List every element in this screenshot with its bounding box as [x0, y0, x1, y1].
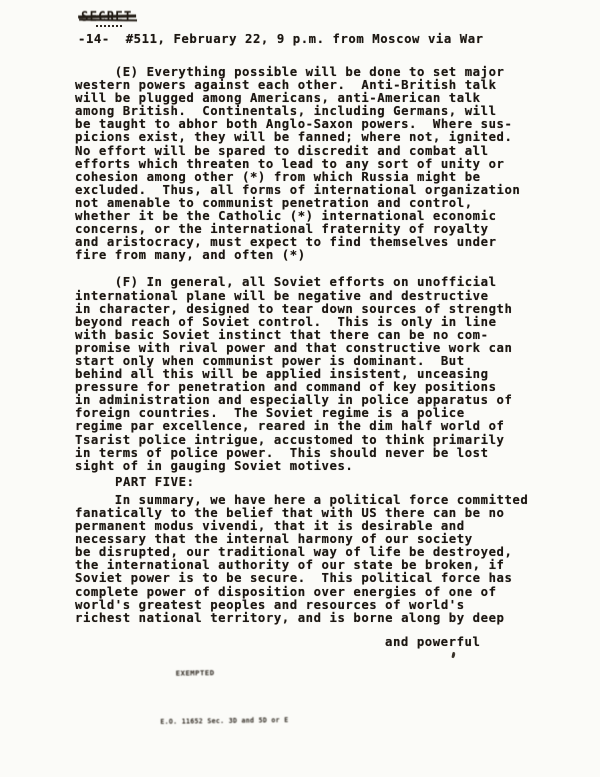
classification-stamp: SECRET	[81, 10, 132, 25]
text-line: picions exist, they will be fanned; wher…	[75, 131, 547, 144]
text-line: richest national territory, and is borne…	[75, 612, 547, 625]
paragraph-f: (F) In general, all Soviet efforts on un…	[75, 276, 547, 472]
section-heading: PART FIVE:	[75, 476, 547, 489]
text-line: Tsarist police intrigue, accustomed to t…	[75, 434, 547, 447]
text-line: efforts which threaten to lead to any so…	[75, 158, 547, 171]
text-line: regime par excellence, reared in the dim…	[75, 420, 547, 433]
text-line: No effort will be spared to discredit an…	[75, 145, 547, 158]
text-line: Soviet power is to be secure. This polit…	[75, 572, 547, 585]
declassification-stamp: EXEMPTED E.O. 11652 Sec. 3D and 5D or E	[159, 629, 289, 764]
text-line: excluded. Thus, all forms of internation…	[75, 184, 547, 197]
telegram-body: (E) Everything possible will be done to …	[75, 66, 547, 625]
text-line: sight of in gauging Soviet motives.	[75, 460, 547, 473]
summary-paragraph: In summary, we have here a political for…	[75, 494, 547, 625]
text-line: world's greatest peoples and resources o…	[75, 599, 547, 612]
declassification-stamp-line2: E.O. 11652 Sec. 3D and 5D or E	[160, 716, 288, 726]
text-line: international plane will be negative and…	[75, 290, 547, 303]
text-line: in terms of police power. This should ne…	[75, 447, 547, 460]
paragraph-e: (E) Everything possible will be done to …	[75, 66, 547, 262]
document-page: SECRET -14- #511, February 22, 9 p.m. fr…	[0, 0, 600, 777]
ink-speck	[451, 652, 455, 658]
text-line: beyond reach of Soviet control. This is …	[75, 316, 547, 329]
text-line: promise with rival power and that constr…	[75, 342, 547, 355]
stamp-underline-mark	[96, 25, 122, 27]
page-header-line: -14- #511, February 22, 9 p.m. from Mosc…	[78, 33, 484, 46]
text-line: (F) In general, all Soviet efforts on un…	[75, 276, 547, 289]
declassification-stamp-line1: EXEMPTED	[160, 667, 288, 678]
text-line: cohesion among other (*) from which Russ…	[75, 171, 547, 184]
text-line: fire from many, and often (*)	[75, 249, 547, 262]
classification-stamp-text: SECRET	[81, 10, 132, 25]
text-line: with basic Soviet instinct that there ca…	[75, 329, 547, 342]
text-line: in character, designed to tear down sour…	[75, 303, 547, 316]
text-line: complete power of disposition over energ…	[75, 586, 547, 599]
continuation-text: and powerful	[385, 636, 480, 649]
